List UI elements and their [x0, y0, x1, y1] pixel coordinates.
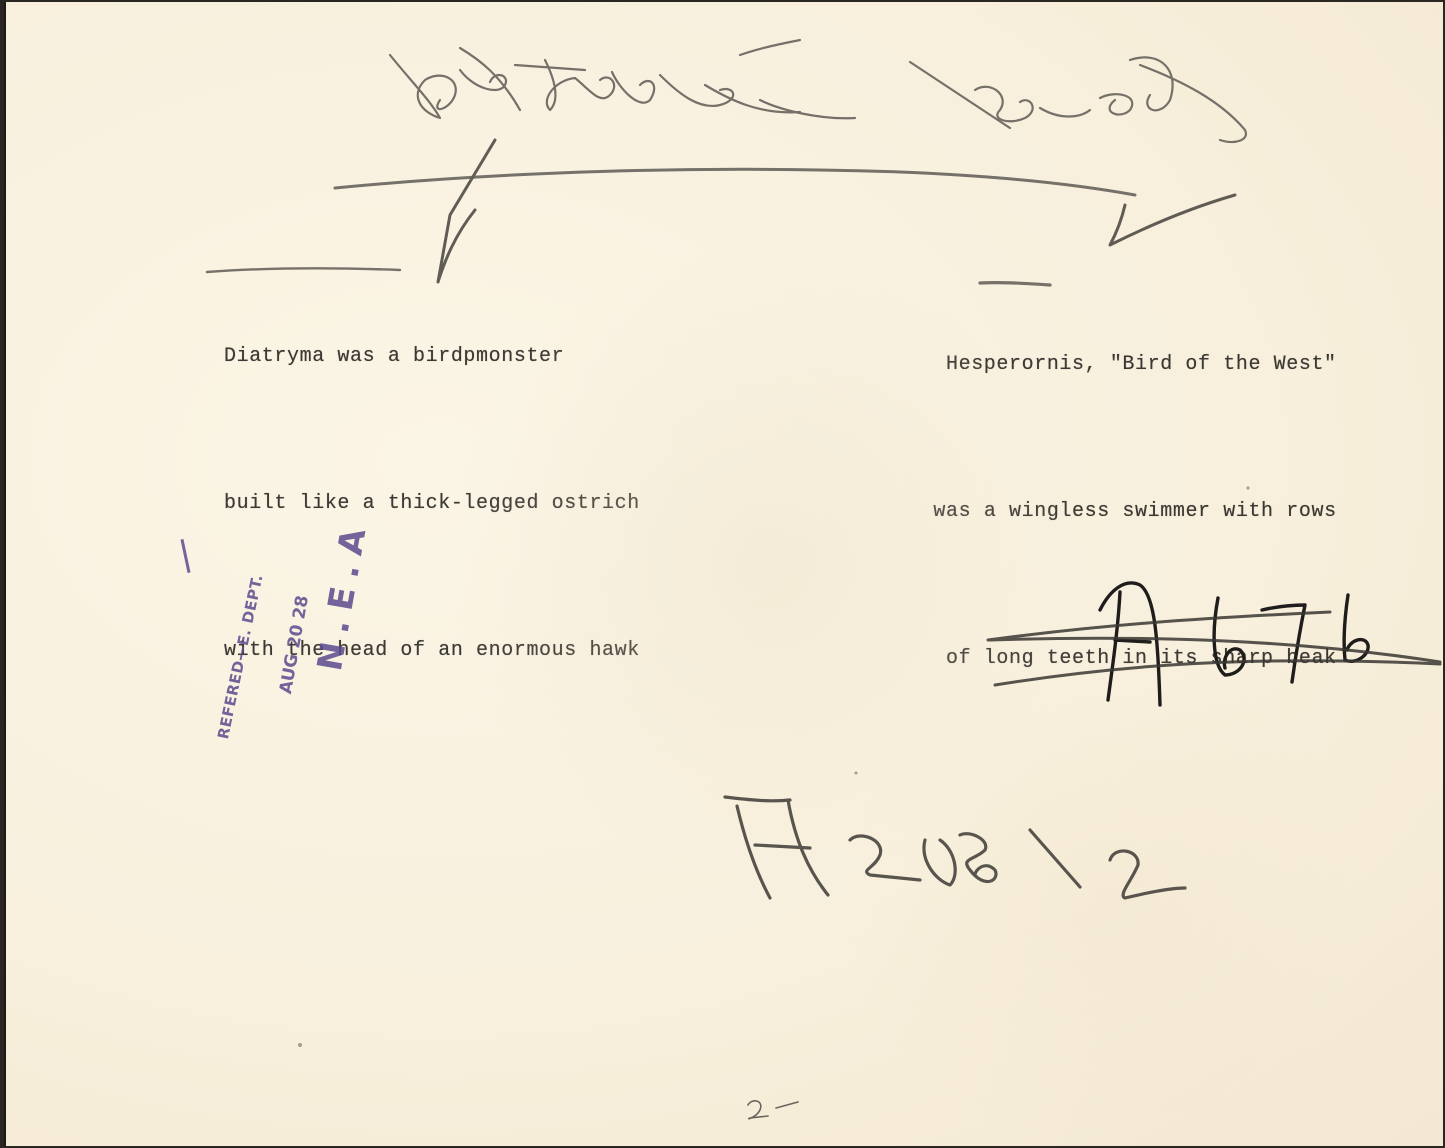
stamp-dash — [180, 539, 190, 573]
page-mark: 2- — [6, 2, 7, 3]
caption-line: was a wingless swimmer with rows — [916, 487, 1337, 536]
caption-line: Hesperornis, "Bird of the West" — [916, 340, 1337, 389]
struck-number: A676 — [6, 2, 7, 3]
caption-line: Diatryma was a birdpmonster — [224, 332, 640, 381]
caption-line: of long teeth in its sharp beak — [916, 634, 1337, 683]
stamp-date: AUG 20 28 — [276, 594, 313, 696]
right-caption: Hesperornis, "Bird of the West" was a wi… — [916, 242, 1337, 781]
stamp-dept-line: REFERED—E. DEPT. — [214, 573, 267, 741]
referred-stamp: REFERED—E. DEPT. AUG 20 28 N.E.A — [114, 517, 354, 747]
document-page: Diatryma was a birdpmonster built like a… — [4, 2, 1443, 1146]
handwritten-title: Prehistoric Bird — [6, 2, 7, 3]
catalog-number: A20812 — [6, 2, 7, 3]
